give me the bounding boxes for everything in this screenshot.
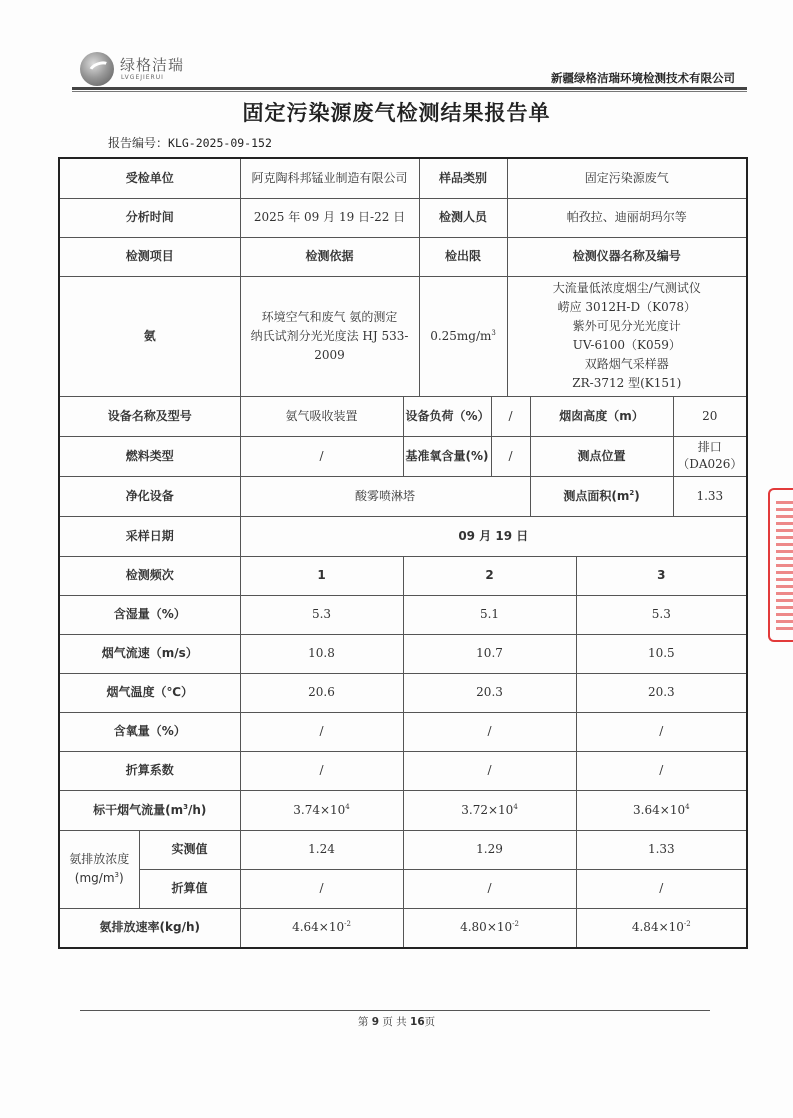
frequency-3: 3 <box>576 556 747 595</box>
inspectors-label: 检测人员 <box>419 198 507 237</box>
value-base: 3.72×10 <box>461 803 513 817</box>
cell-value: 20.6 <box>240 673 403 712</box>
row-sampling-date: 采样日期 09 月 19 日 <box>59 516 747 556</box>
point-area-label: 测点面积(m2) <box>530 476 673 516</box>
row-converted-concentration: 折算值 / / / <box>59 869 747 908</box>
sample-type-value: 固定污染源废气 <box>507 158 747 198</box>
sampling-date-value: 09 月 19 日 <box>240 516 747 556</box>
cell-value: 1.33 <box>576 830 747 869</box>
limit-text: 0.25mg/m <box>430 329 491 343</box>
row-label: 含湿量（%） <box>59 595 240 634</box>
table-row: 含氧量（%） / / / <box>59 712 747 751</box>
cell-value: 3.64×104 <box>576 790 747 830</box>
value-base: 4.80×10 <box>460 920 512 934</box>
cell-value: 10.5 <box>576 634 747 673</box>
header-divider <box>72 87 747 90</box>
cell-value: 5.1 <box>403 595 576 634</box>
cell-value: 20.3 <box>403 673 576 712</box>
cell-value: / <box>240 712 403 751</box>
instrument-line: 双路烟气采样器 <box>510 355 745 374</box>
value-exponent: 4 <box>345 803 349 811</box>
red-seal-stamp <box>768 488 793 642</box>
company-name: 新疆绿格洁瑞环境检测技术有限公司 <box>551 70 735 86</box>
sampling-date-label: 采样日期 <box>59 516 240 556</box>
measured-label: 实测值 <box>139 830 240 869</box>
row-device: 设备名称及型号 氨气吸收装置 设备负荷（%） / 烟囱高度（m） 20 <box>59 396 747 436</box>
row-frequency: 检测频次 1 2 3 <box>59 556 747 595</box>
purification-label: 净化设备 <box>59 476 240 516</box>
row-purification: 净化设备 酸雾喷淋塔 测点面积(m2) 1.33 <box>59 476 747 516</box>
row-analysis-time: 分析时间 2025 年 09 月 19 日-22 日 检测人员 帕孜拉、迪丽胡玛… <box>59 198 747 237</box>
dry-flow-label: 标干烟气流量(m3/h) <box>59 790 240 830</box>
cell-value: / <box>240 869 403 908</box>
row-label: 烟气温度（℃） <box>59 673 240 712</box>
load-label: 设备负荷（%） <box>403 396 491 436</box>
inspectors-value: 帕孜拉、迪丽胡玛尔等 <box>507 198 747 237</box>
cell-value: / <box>403 712 576 751</box>
cell-value: 1.24 <box>240 830 403 869</box>
table-row: 含湿量（%） 5.3 5.1 5.3 <box>59 595 747 634</box>
cell-value: 4.80×10-2 <box>403 908 576 948</box>
cell-value: 4.64×10-2 <box>240 908 403 948</box>
value-exponent: -2 <box>684 920 691 928</box>
row-inspected-unit: 受检单位 阿克陶科邦锰业制造有限公司 样品类别 固定污染源废气 <box>59 158 747 198</box>
current-page-number: 9 <box>372 1016 379 1028</box>
row-emission-rate: 氨排放速率(kg/h) 4.64×10-2 4.80×10-2 4.84×10-… <box>59 908 747 948</box>
cell-value: 3.74×104 <box>240 790 403 830</box>
row-fuel: 燃料类型 / 基准氧含量(%) / 测点位置 排口 （DA026） <box>59 436 747 476</box>
point-area-value: 1.33 <box>673 476 747 516</box>
analysis-time-value: 2025 年 09 月 19 日-22 日 <box>240 198 419 237</box>
analysis-time-label: 分析时间 <box>59 198 240 237</box>
frequency-label: 检测频次 <box>59 556 240 595</box>
value-base: 4.84×10 <box>632 920 684 934</box>
fuel-value: / <box>240 436 403 476</box>
page-title: 固定污染源废气检测结果报告单 <box>0 97 793 127</box>
purification-value: 酸雾喷淋塔 <box>240 476 530 516</box>
row-label: 烟气流速（m/s） <box>59 634 240 673</box>
cell-value: / <box>240 751 403 790</box>
row-method-headers: 检测项目 检测依据 检出限 检测仪器名称及编号 <box>59 237 747 276</box>
instrument-line: ZR-3712 型(K151) <box>510 374 745 393</box>
company-logo: 绿格洁瑞 LVGEJIERUI <box>80 50 190 88</box>
cell-value: 10.8 <box>240 634 403 673</box>
row-measured-concentration: 氨排放浓度 (mg/m3) 实测值 1.24 1.29 1.33 <box>59 830 747 869</box>
point-location-line-2: （DA026） <box>676 456 745 473</box>
cell-value: / <box>576 751 747 790</box>
row-method-detail: 氨 环境空气和废气 氨的测定 纳氏试剂分光光度法 HJ 533-2009 0.2… <box>59 276 747 396</box>
cell-value: 5.3 <box>240 595 403 634</box>
cell-value: / <box>576 869 747 908</box>
fuel-label: 燃料类型 <box>59 436 240 476</box>
concentration-label-line-1: 氨排放浓度 <box>62 850 137 869</box>
instrument-line: 大流量低浓度烟尘/气测试仪 <box>510 279 745 298</box>
footer-divider <box>80 1010 710 1011</box>
stack-height-value: 20 <box>673 396 747 436</box>
table-row: 烟气流速（m/s） 10.8 10.7 10.5 <box>59 634 747 673</box>
table-row: 折算系数 / / / <box>59 751 747 790</box>
instrument-line: UV-6100（K059） <box>510 336 745 355</box>
results-table: 受检单位 阿克陶科邦锰业制造有限公司 样品类别 固定污染源废气 分析时间 202… <box>58 157 748 949</box>
concentration-unit: (mg/m3) <box>62 869 137 888</box>
instrument-line: 紫外可见分光光度计 <box>510 317 745 336</box>
report-number-label: 报告编号： <box>108 136 168 150</box>
cell-value: 1.29 <box>403 830 576 869</box>
point-location-line-1: 排口 <box>676 439 745 456</box>
cell-value: / <box>403 869 576 908</box>
load-value: / <box>491 396 530 436</box>
report-number: 报告编号：KLG-2025-09-152 <box>108 134 272 151</box>
frequency-1: 1 <box>240 556 403 595</box>
concentration-label: 氨排放浓度 (mg/m3) <box>59 830 139 908</box>
inspected-unit-label: 受检单位 <box>59 158 240 198</box>
cell-value: 3.72×104 <box>403 790 576 830</box>
emission-rate-label: 氨排放速率(kg/h) <box>59 908 240 948</box>
device-value: 氨气吸收装置 <box>240 396 403 436</box>
point-location-label: 测点位置 <box>530 436 673 476</box>
basis-value: 环境空气和废气 氨的测定 纳氏试剂分光光度法 HJ 533-2009 <box>240 276 419 396</box>
ref-oxygen-label: 基准氧含量(%) <box>403 436 491 476</box>
logo-english-text: LVGEJIERUI <box>121 74 164 81</box>
device-label: 设备名称及型号 <box>59 396 240 436</box>
limit-value: 0.25mg/m3 <box>419 276 507 396</box>
cell-value: / <box>403 751 576 790</box>
basis-header: 检测依据 <box>240 237 419 276</box>
dry-flow-label-post: /h) <box>188 803 206 817</box>
concentration-unit-close: ) <box>119 871 124 885</box>
footer-mid: 页 共 <box>382 1016 406 1028</box>
logo-mark-icon <box>80 52 114 86</box>
value-base: 3.64×10 <box>633 803 685 817</box>
basis-line-2: 纳氏试剂分光光度法 HJ 533-2009 <box>243 327 417 365</box>
cell-value: / <box>576 712 747 751</box>
basis-line-1: 环境空气和废气 氨的测定 <box>243 308 417 327</box>
value-base: 4.64×10 <box>292 920 344 934</box>
ref-oxygen-value: / <box>491 436 530 476</box>
total-page-number: 16 <box>410 1016 425 1028</box>
dry-flow-label-text: 标干烟气流量(m <box>93 803 183 817</box>
logo-chinese-text: 绿格洁瑞 <box>120 54 184 75</box>
limit-header: 检出限 <box>419 237 507 276</box>
cell-value: 20.3 <box>576 673 747 712</box>
frequency-2: 2 <box>403 556 576 595</box>
footer-prefix: 第 <box>358 1016 369 1028</box>
row-label: 折算系数 <box>59 751 240 790</box>
item-value: 氨 <box>59 276 240 396</box>
point-area-close: ) <box>634 489 639 503</box>
page-footer: 第 9 页 共 16页 <box>0 1014 793 1029</box>
table-row: 烟气温度（℃） 20.6 20.3 20.3 <box>59 673 747 712</box>
row-label: 含氧量（%） <box>59 712 240 751</box>
point-location-value: 排口 （DA026） <box>673 436 747 476</box>
value-base: 3.74×10 <box>293 803 345 817</box>
cell-value: 5.3 <box>576 595 747 634</box>
sample-type-label: 样品类别 <box>419 158 507 198</box>
header-divider-thin <box>72 91 747 92</box>
row-dry-flow: 标干烟气流量(m3/h) 3.74×104 3.72×104 3.64×104 <box>59 790 747 830</box>
instrument-list: 大流量低浓度烟尘/气测试仪 崂应 3012H-D（K078） 紫外可见分光光度计… <box>507 276 747 396</box>
stack-height-label: 烟囱高度（m） <box>530 396 673 436</box>
item-header: 检测项目 <box>59 237 240 276</box>
limit-sup: 3 <box>491 329 495 337</box>
value-exponent: 4 <box>513 803 517 811</box>
value-exponent: -2 <box>344 920 351 928</box>
converted-label: 折算值 <box>139 869 240 908</box>
report-number-value: KLG-2025-09-152 <box>168 136 272 150</box>
value-exponent: 4 <box>685 803 689 811</box>
inspected-unit-value: 阿克陶科邦锰业制造有限公司 <box>240 158 419 198</box>
instrument-header: 检测仪器名称及编号 <box>507 237 747 276</box>
value-exponent: -2 <box>512 920 519 928</box>
point-area-label-text: 测点面积(m <box>563 489 629 503</box>
cell-value: 4.84×10-2 <box>576 908 747 948</box>
concentration-unit-text: (mg/m <box>75 871 115 885</box>
footer-suffix: 页 <box>425 1016 436 1028</box>
instrument-line: 崂应 3012H-D（K078） <box>510 298 745 317</box>
cell-value: 10.7 <box>403 634 576 673</box>
